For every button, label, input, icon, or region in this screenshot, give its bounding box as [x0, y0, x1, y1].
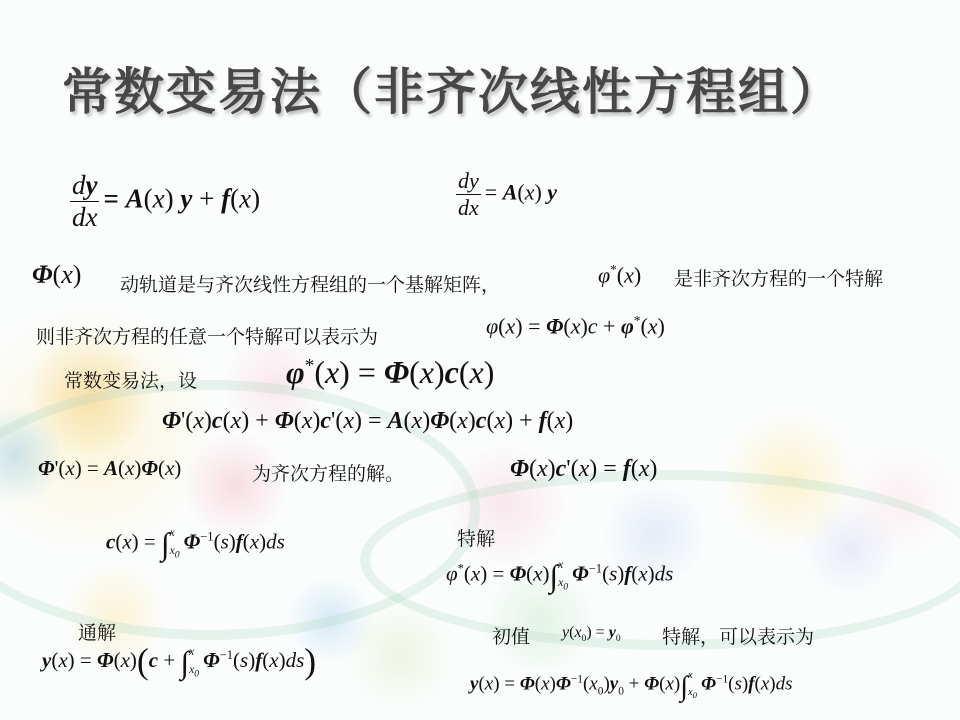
flower-decoration [720, 410, 860, 550]
flower-decoration [840, 440, 960, 560]
homogeneous-equation: dydx= A(x) y [456, 168, 557, 221]
particular-solution-description: 是非齐次方程的一个特解 [674, 264, 883, 291]
initial-value-label: 初值 [492, 622, 530, 649]
homogeneous-solution-text: 为齐次方程的解。 [252, 459, 404, 486]
flower-decoration [340, 600, 460, 710]
variation-label: 常数变易法，设 [64, 366, 197, 393]
initial-condition: y(x0) = y0 [562, 624, 621, 644]
particular-solution-symbol: φ*(x) [598, 262, 641, 288]
general-particular-equation: φ(x) = Φ(x)c + φ*(x) [486, 313, 665, 339]
initial-value-suffix: 特解，可以表示为 [662, 622, 814, 649]
ivp-solution-equation: y(x) = Φ(x)Φ−1(x0)y0 + Φ(x)∫xx0Φ−1(s)f(x… [470, 668, 793, 704]
ansatz-equation: φ*(x) = Φ(x)c(x) [286, 354, 494, 391]
substituted-equation: Φ'(x)c(x) + Φ(x)c'(x) = A(x)Φ(x)c(x) + f… [162, 408, 573, 435]
flower-decoration [800, 500, 900, 600]
fundamental-matrix-symbol: Φ(x) [32, 260, 81, 290]
particular-solution-equation: φ*(x) = Φ(x)∫xx0Φ−1(s)f(x)ds [446, 556, 673, 595]
flower-decoration [30, 335, 150, 455]
general-particular-text: 则非齐次方程的任意一个特解可以表示为 [36, 322, 378, 349]
nonhomogeneous-equation: dydx= A(x) y + f(x) [70, 170, 260, 233]
slide-title: 常数变易法（非齐次线性方程组） [62, 52, 842, 124]
particular-solution-label: 特解 [457, 524, 495, 551]
general-solution-equation: y(x) = Φ(x)(c + ∫xx0Φ−1(s)f(x)ds) [42, 640, 316, 682]
reduced-equation: Φ(x)c'(x) = f(x) [510, 456, 657, 483]
flower-decoration [0, 400, 60, 510]
fundamental-equation: Φ'(x) = A(x)Φ(x) [38, 456, 181, 481]
c-solution-equation: c(x) = ∫xx0Φ−1(s)f(x)ds [106, 524, 285, 563]
fundamental-matrix-description: 动轨道是与齐次线性方程组的一个基解矩阵， [120, 270, 500, 297]
